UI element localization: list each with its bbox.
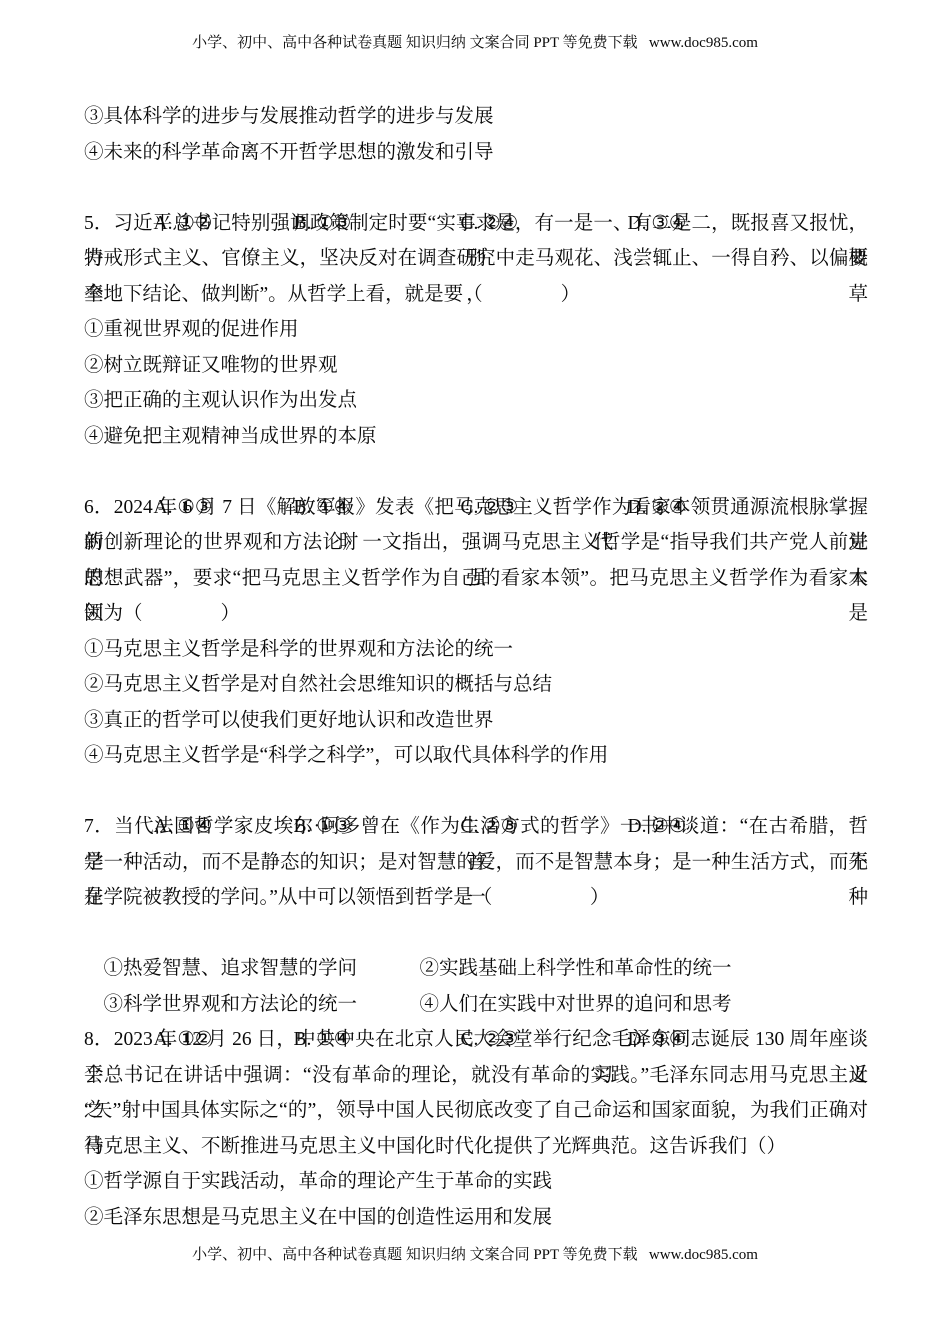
q6-answers-row: A. ①④B. ①③C. ②③D. ②④ bbox=[84, 774, 868, 810]
q8-stem-line-1: 8．2023 年 12 月 26 日，中共中央在北京人民大会堂举行纪念毛泽东同志… bbox=[84, 1022, 868, 1058]
q4-option-3: ③具体科学的进步与发展推动哲学的进步与发展 bbox=[84, 99, 868, 135]
q8-stem-line-3: “矢”射中国具体实际之“的”，领导中国人民彻底改变了自己命运和国家面貌，为我们正… bbox=[84, 1093, 868, 1129]
header-watermark: 小学、初中、高中各种试卷真题 知识归纳 文案合同 PPT 等免费下载 www.d… bbox=[0, 33, 950, 53]
q5-stem-line-1: 5．习近平总书记特别强调政策制定时要“实事求是，有一是一、有二是二，既报喜又报忧… bbox=[84, 206, 868, 242]
q8-option-2: ②毛泽东思想是马克思主义在中国的创造性运用和发展 bbox=[84, 1200, 868, 1236]
q6-option-1: ①马克思主义哲学是科学的世界观和方法论的统一 bbox=[84, 632, 868, 668]
q7-options-row-1: ①热爱智慧、追求智慧的学问②实践基础上科学性和革命性的统一 bbox=[84, 916, 868, 952]
q5-option-3: ③把正确的主观认识作为出发点 bbox=[84, 383, 868, 419]
q8-option-1: ①哲学源自于实践活动，革命的理论产生于革命的实践 bbox=[84, 1164, 868, 1200]
q7-stem-line-2: 是一种活动，而不是静态的知识；是对智慧的爱，而不是智慧本身；是一种生活方式，而不… bbox=[84, 845, 868, 881]
q5-answers-row: A. ①③B. ①④C. ②③D. ②④ bbox=[84, 454, 868, 490]
q5-option-4: ④避免把主观精神当成世界的本原 bbox=[84, 419, 868, 455]
q6-stem-line-1: 6．2024 年 6 月 7 日《解放军报》发表《把马克思主义哲学作为看家本领贯… bbox=[84, 490, 868, 526]
q5-option-1: ①重视世界观的促进作用 bbox=[84, 312, 868, 348]
exam-page-body: ③具体科学的进步与发展推动哲学的进步与发展 ④未来的科学革命离不开哲学思想的激发… bbox=[84, 99, 868, 1235]
q6-option-2: ②马克思主义哲学是对自然社会思维知识的概括与总结 bbox=[84, 667, 868, 703]
q7-stem-line-1: 7．当代法国哲学家皮埃尔·阿多曾在《作为生活方式的哲学》一书中谈道：“在古希腊，… bbox=[84, 809, 868, 845]
q4-answers-row: A. ①②B. ①③C. ②④D. ③④ bbox=[84, 170, 868, 206]
q7-option-1: ①热爱智慧、追求智慧的学问 bbox=[104, 951, 420, 987]
q7-option-3: ③科学世界观和方法论的统一 bbox=[104, 987, 420, 1023]
footer-watermark: 小学、初中、高中各种试卷真题 知识归纳 文案合同 PPT 等免费下载 www.d… bbox=[0, 1245, 950, 1265]
q4-option-4: ④未来的科学革命离不开哲学思想的激发和引导 bbox=[84, 135, 868, 171]
q6-stem-line-3: 思想武器”，要求“把马克思主义哲学作为自己的看家本领”。把马克思主义哲学作为看家… bbox=[84, 561, 868, 597]
q8-stem-line-2: 平总书记在讲话中强调：“没有革命的理论，就没有革命的实践。”毛泽东同志用马克思主… bbox=[84, 1058, 868, 1094]
q6-option-4: ④马克思主义哲学是“科学之科学”，可以取代具体科学的作用 bbox=[84, 738, 868, 774]
q6-stem-line-2: 的创新理论的世界观和方法论》一文指出，强调马克思主义哲学是“指导我们共产党人前进… bbox=[84, 525, 868, 561]
q5-stem-line-2: 力戒形式主义、官僚主义，坚决反对在调查研究中走马观花、浅尝辄止、一得自矜、以偏概… bbox=[84, 241, 868, 277]
q8-stem-line-4: 马克思主义、不断推进马克思主义中国化时代化提供了光辉典范。这告诉我们（） bbox=[84, 1129, 868, 1165]
q7-option-4: ④人们在实践中对世界的追问和思考 bbox=[420, 994, 732, 1015]
q7-option-2: ②实践基础上科学性和革命性的统一 bbox=[420, 958, 732, 979]
q5-option-2: ②树立既辩证又唯物的世界观 bbox=[84, 348, 868, 384]
q6-option-3: ③真正的哲学可以使我们更好地认识和改造世界 bbox=[84, 703, 868, 739]
